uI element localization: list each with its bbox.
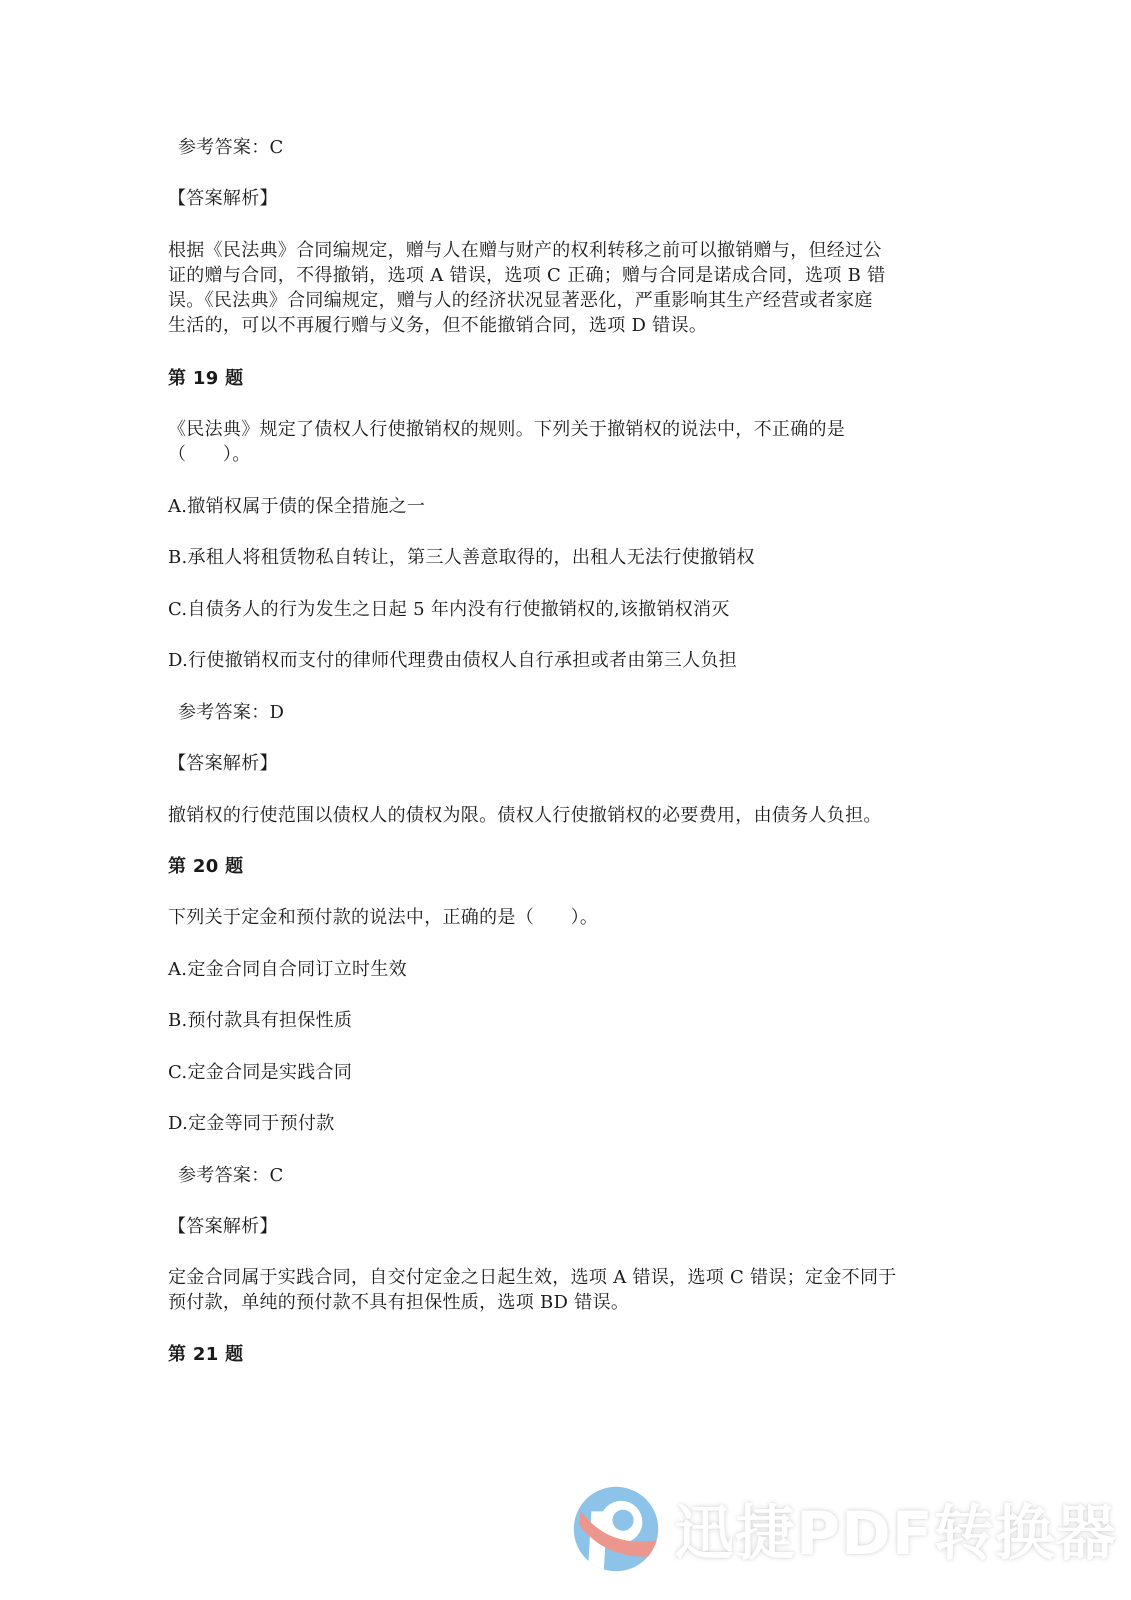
analysis-text: 定金合同属于实践合同，自交付定金之日起生效，选项 A 错误，选项 C 错误；定金… [168,1265,938,1315]
analysis-line: 误。《民法典》合同编规定，赠与人的经济状况显著恶化，严重影响其生产经营或者家庭 [168,288,938,313]
question-title: 第 19 题 [168,366,243,391]
question-title: 第 20 题 [168,854,243,879]
analysis-label: 【答案解析】 [168,186,278,211]
reference-answer: 参考答案：C [178,135,284,160]
stem-line: 《民法典》规定了债权人行使撤销权的规则。下列关于撤销权的说法中，不正确的是 [168,417,938,442]
option-d: D.定金等同于预付款 [168,1111,335,1136]
option-d: D.行使撤销权而支付的律师代理费由债权人自行承担或者由第三人负担 [168,648,737,673]
stem-line: （ ）。 [168,442,938,467]
option-a: A.定金合同自合同订立时生效 [168,957,407,982]
analysis-line: 预付款，单纯的预付款不具有担保性质，选项 BD 错误。 [168,1290,938,1315]
watermark: 迅捷PDF转换器 [572,1484,1117,1574]
option-c: C.定金合同是实践合同 [168,1060,352,1085]
analysis-line: 生活的，可以不再履行赠与义务，但不能撤销合同，选项 D 错误。 [168,313,938,338]
analysis-line: 定金合同属于实践合同，自交付定金之日起生效，选项 A 错误，选项 C 错误；定金… [168,1265,938,1290]
question-title: 第 21 题 [168,1342,243,1367]
analysis-line: 证的赠与合同，不得撤销，选项 A 错误，选项 C 正确；赠与合同是诺成合同，选项… [168,263,938,288]
analysis-label: 【答案解析】 [168,1214,278,1239]
analysis-line: 根据《民法典》合同编规定，赠与人在赠与财产的权利转移之前可以撤销赠与，但经过公 [168,238,938,263]
analysis-label: 【答案解析】 [168,751,278,776]
question-stem: 《民法典》规定了债权人行使撤销权的规则。下列关于撤销权的说法中，不正确的是 （ … [168,417,938,467]
analysis-text: 撤销权的行使范围以债权人的债权为限。债权人行使撤销权的必要费用，由债务人负担。 [168,803,882,828]
document-page: 参考答案：C 【答案解析】 根据《民法典》合同编规定，赠与人在赠与财产的权利转移… [0,0,1131,1600]
xunjie-pdf-logo-icon [572,1485,660,1573]
option-a: A.撤销权属于债的保全措施之一 [168,494,425,519]
option-c: C.自债务人的行为发生之日起 5 年内没有行使撤销权的,该撤销权消灭 [168,597,730,622]
question-stem: 下列关于定金和预付款的说法中，正确的是（ ）。 [168,905,598,930]
watermark-text: 迅捷PDF转换器 [674,1486,1117,1572]
reference-answer: 参考答案：C [178,1163,284,1188]
option-b: B.预付款具有担保性质 [168,1008,352,1033]
reference-answer: 参考答案：D [178,700,284,725]
analysis-text: 根据《民法典》合同编规定，赠与人在赠与财产的权利转移之前可以撤销赠与，但经过公 … [168,238,938,338]
option-b: B.承租人将租赁物私自转让，第三人善意取得的，出租人无法行使撤销权 [168,545,755,570]
